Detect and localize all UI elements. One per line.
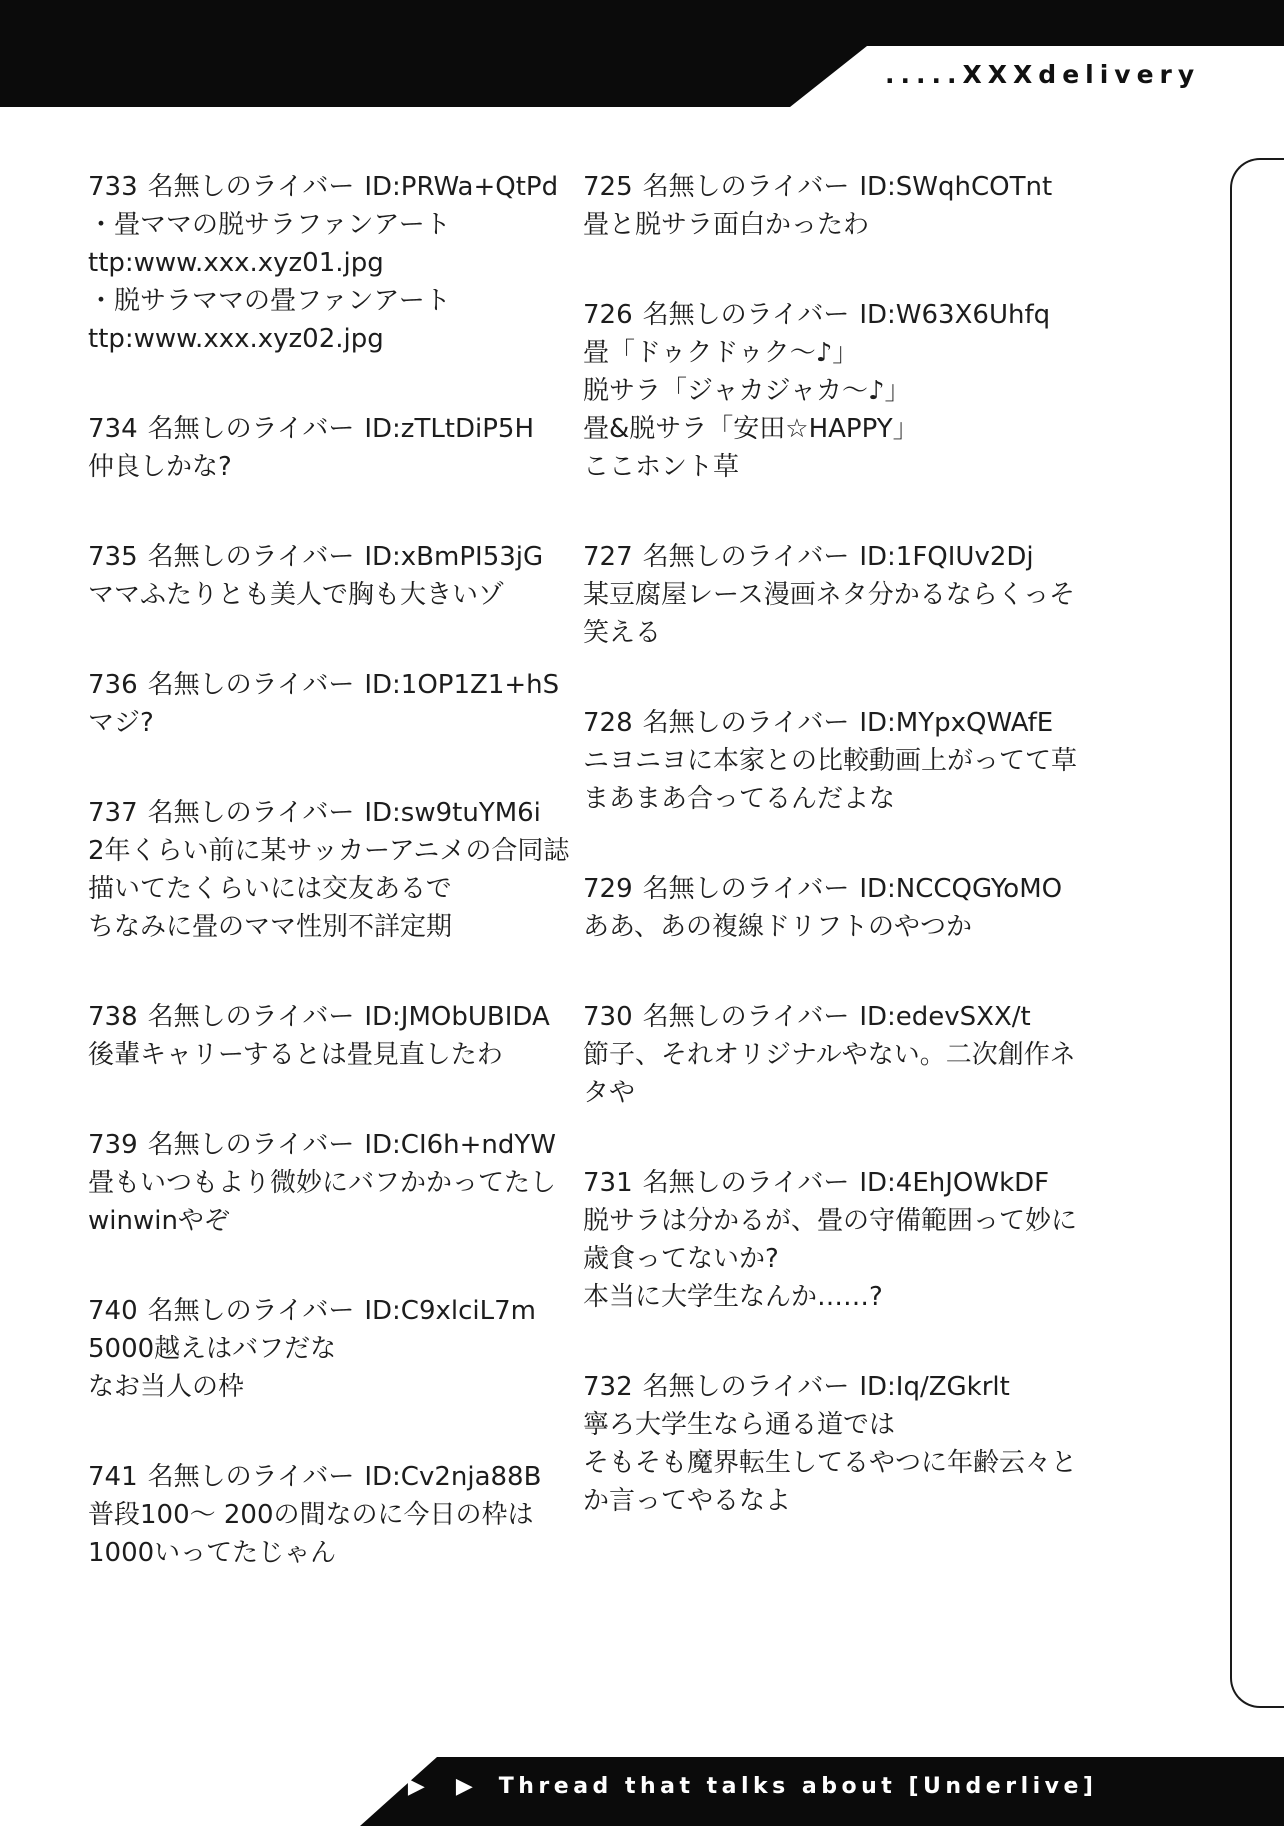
post: 727名無しのライバーID:1FQIUv2Dj 某豆腐屋レース漫画ネタ分かるなら… xyxy=(583,538,1233,652)
post-author: 名無しのライバー xyxy=(643,708,850,738)
post-body: 2年くらい前に某サッカーアニメの合同誌描いてたくらいには交友あるでちなみに畳のマ… xyxy=(88,832,568,946)
post-body: ああ、あの複線ドリフトのやつか xyxy=(583,908,1233,946)
post: 737名無しのライバーID:sw9tuYM6i 2年くらい前に某サッカーアニメの… xyxy=(88,794,568,946)
post-number: 735 xyxy=(88,542,138,572)
footer-label: Thread that talks about [Underlive] xyxy=(499,1774,1098,1799)
post-id: ID:sw9tuYM6i xyxy=(364,798,541,828)
post-id: ID:C9xlciL7m xyxy=(364,1296,536,1326)
post-line: 2年くらい前に某サッカーアニメの合同誌 xyxy=(88,832,568,870)
post-id: ID:JMObUBIDA xyxy=(364,1002,549,1032)
post-id: ID:NCCQGYoMO xyxy=(859,874,1062,904)
content-frame-line xyxy=(1230,158,1284,1708)
post-header: 738名無しのライバーID:JMObUBIDA xyxy=(88,998,568,1036)
post: 728名無しのライバーID:MYpxQWAfE ニヨニヨに本家との比較動画上がっ… xyxy=(583,704,1233,818)
post-line: 畳と脱サラ面白かったわ xyxy=(583,206,1233,244)
post-body: 畳もいつもより微妙にバフかかってたしwinwinやぞ xyxy=(88,1164,568,1240)
post: 729名無しのライバーID:NCCQGYoMO ああ、あの複線ドリフトのやつか xyxy=(583,870,1233,946)
post-number: 732 xyxy=(583,1372,633,1402)
post-header: 739名無しのライバーID:CI6h+ndYW xyxy=(88,1126,568,1164)
post-body: ・畳ママの脱サラファンアートttp:www.xxx.xyz01.jpg・脱サラマ… xyxy=(88,206,568,358)
post-line: 普段100〜 200の間なのに今日の枠は xyxy=(88,1496,568,1534)
post-line: 後輩キャリーするとは畳見直したわ xyxy=(88,1036,568,1074)
post: 735名無しのライバーID:xBmPI53jG ママふたりとも美人で胸も大きいゾ xyxy=(88,538,568,614)
post-number: 727 xyxy=(583,542,633,572)
post-line: 畳「ドゥクドゥク〜♪」 xyxy=(583,334,1233,372)
post-body: 脱サラは分かるが、畳の守備範囲って妙に歳食ってないか?本当に大学生なんか……? xyxy=(583,1202,1233,1316)
post-line: ttp:www.xxx.xyz01.jpg xyxy=(88,244,568,282)
post-line: 1000いってたじゃん xyxy=(88,1534,568,1572)
post-line: 某豆腐屋レース漫画ネタ分かるならくっそ xyxy=(583,576,1233,614)
post-line: 描いてたくらいには交友あるで xyxy=(88,870,568,908)
post: 725名無しのライバーID:SWqhCOTnt 畳と脱サラ面白かったわ xyxy=(583,168,1233,244)
post-id: ID:Cv2nja88B xyxy=(364,1462,541,1492)
post-id: ID:xBmPI53jG xyxy=(364,542,543,572)
post-line: そもそも魔界転生してるやつに年齢云々と xyxy=(583,1444,1233,1482)
post-line: ttp:www.xxx.xyz02.jpg xyxy=(88,320,568,358)
post-line: なお当人の枠 xyxy=(88,1368,568,1406)
post: 733名無しのライバーID:PRWa+QtPd ・畳ママの脱サラファンアートtt… xyxy=(88,168,568,358)
post-id: ID:4EhJOWkDF xyxy=(859,1168,1049,1198)
post-line: ああ、あの複線ドリフトのやつか xyxy=(583,908,1233,946)
post-line: ・畳ママの脱サラファンアート xyxy=(88,206,568,244)
post-line: 仲良しかな? xyxy=(88,448,568,486)
post-header: 732名無しのライバーID:Iq/ZGkrlt xyxy=(583,1368,1233,1406)
post-body: 普段100〜 200の間なのに今日の枠は1000いってたじゃん xyxy=(88,1496,568,1572)
post-body: 節子、それオリジナルやない。二次創作ネタや xyxy=(583,1036,1233,1112)
post-line: 畳&脱サラ「安田☆HAPPY」 xyxy=(583,410,1233,448)
thread-column-left: 733名無しのライバーID:PRWa+QtPd ・畳ママの脱サラファンアートtt… xyxy=(88,168,568,1624)
post-author: 名無しのライバー xyxy=(148,1462,355,1492)
post-header: 731名無しのライバーID:4EhJOWkDF xyxy=(583,1164,1233,1202)
post: 740名無しのライバーID:C9xlciL7m 5000越えはバフだななお当人の… xyxy=(88,1292,568,1406)
post-line: ニヨニヨに本家との比較動画上がってて草 xyxy=(583,742,1233,780)
post-body: 畳と脱サラ面白かったわ xyxy=(583,206,1233,244)
post-author: 名無しのライバー xyxy=(148,414,355,444)
post-id: ID:CI6h+ndYW xyxy=(364,1130,556,1160)
post-line: ここホント草 xyxy=(583,448,1233,486)
post-number: 741 xyxy=(88,1462,138,1492)
post: 731名無しのライバーID:4EhJOWkDF 脱サラは分かるが、畳の守備範囲っ… xyxy=(583,1164,1233,1316)
post-author: 名無しのライバー xyxy=(148,172,355,202)
post-line: 5000越えはバフだな xyxy=(88,1330,568,1368)
play-arrows-icon: ▶ ▶ ▶ xyxy=(360,1774,485,1799)
post-id: ID:SWqhCOTnt xyxy=(859,172,1052,202)
post-body: 仲良しかな? xyxy=(88,448,568,486)
post-line: 寧ろ大学生なら通る道では xyxy=(583,1406,1233,1444)
post-number: 726 xyxy=(583,300,633,330)
post: 730名無しのライバーID:edevSXX/t 節子、それオリジナルやない。二次… xyxy=(583,998,1233,1112)
post-number: 734 xyxy=(88,414,138,444)
post-body: 某豆腐屋レース漫画ネタ分かるならくっそ笑える xyxy=(583,576,1233,652)
post-header: 740名無しのライバーID:C9xlciL7m xyxy=(88,1292,568,1330)
post-header: 733名無しのライバーID:PRWa+QtPd xyxy=(88,168,568,206)
post-header: 735名無しのライバーID:xBmPI53jG xyxy=(88,538,568,576)
post-id: ID:1FQIUv2Dj xyxy=(859,542,1033,572)
post-header: 730名無しのライバーID:edevSXX/t xyxy=(583,998,1233,1036)
post-header: 727名無しのライバーID:1FQIUv2Dj xyxy=(583,538,1233,576)
post-body: 畳「ドゥクドゥク〜♪」脱サラ「ジャカジャカ〜♪」畳&脱サラ「安田☆HAPPY」こ… xyxy=(583,334,1233,486)
post-header: 725名無しのライバーID:SWqhCOTnt xyxy=(583,168,1233,206)
brand-text: .....XXXdelivery xyxy=(885,60,1200,89)
post-author: 名無しのライバー xyxy=(643,1168,850,1198)
post-line: ママふたりとも美人で胸も大きいゾ xyxy=(88,576,568,614)
post-author: 名無しのライバー xyxy=(148,1002,355,1032)
post-author: 名無しのライバー xyxy=(148,1130,355,1160)
post-author: 名無しのライバー xyxy=(643,172,850,202)
post-id: ID:W63X6Uhfq xyxy=(859,300,1050,330)
post-number: 730 xyxy=(583,1002,633,1032)
post-author: 名無しのライバー xyxy=(148,798,355,828)
post-line: マジ? xyxy=(88,704,568,742)
post-number: 728 xyxy=(583,708,633,738)
post-header: 736名無しのライバーID:1OP1Z1+hS xyxy=(88,666,568,704)
post-id: ID:PRWa+QtPd xyxy=(364,172,558,202)
thread-column-right: 725名無しのライバーID:SWqhCOTnt 畳と脱サラ面白かったわ 726名… xyxy=(583,168,1233,1572)
post-header: 734名無しのライバーID:zTLtDiP5H xyxy=(88,410,568,448)
post-id: ID:edevSXX/t xyxy=(859,1002,1030,1032)
post-header: 728名無しのライバーID:MYpxQWAfE xyxy=(583,704,1233,742)
post-number: 729 xyxy=(583,874,633,904)
post-author: 名無しのライバー xyxy=(643,542,850,572)
post-line: 笑える xyxy=(583,614,1233,652)
post-line: まあまあ合ってるんだよな xyxy=(583,780,1233,818)
post-body: マジ? xyxy=(88,704,568,742)
post-line: 節子、それオリジナルやない。二次創作ネ xyxy=(583,1036,1233,1074)
post-author: 名無しのライバー xyxy=(643,874,850,904)
post-id: ID:MYpxQWAfE xyxy=(859,708,1053,738)
post-line: 脱サラは分かるが、畳の守備範囲って妙に xyxy=(583,1202,1233,1240)
post-line: ちなみに畳のママ性別不詳定期 xyxy=(88,908,568,946)
post-header: 729名無しのライバーID:NCCQGYoMO xyxy=(583,870,1233,908)
post-number: 737 xyxy=(88,798,138,828)
post: 732名無しのライバーID:Iq/ZGkrlt 寧ろ大学生なら通る道ではそもそも… xyxy=(583,1368,1233,1520)
post: 741名無しのライバーID:Cv2nja88B 普段100〜 200の間なのに今… xyxy=(88,1458,568,1572)
post-line: 歳食ってないか? xyxy=(583,1240,1233,1278)
post-id: ID:zTLtDiP5H xyxy=(364,414,534,444)
post-number: 738 xyxy=(88,1002,138,1032)
post-line: タや xyxy=(583,1074,1233,1112)
post-line: 畳もいつもより微妙にバフかかってたし xyxy=(88,1164,568,1202)
post-line: か言ってやるなよ xyxy=(583,1482,1233,1520)
post-author: 名無しのライバー xyxy=(643,300,850,330)
post: 726名無しのライバーID:W63X6Uhfq 畳「ドゥクドゥク〜♪」脱サラ「ジ… xyxy=(583,296,1233,486)
post-author: 名無しのライバー xyxy=(643,1002,850,1032)
post-id: ID:Iq/ZGkrlt xyxy=(859,1372,1010,1402)
post-number: 736 xyxy=(88,670,138,700)
post-line: winwinやぞ xyxy=(88,1202,568,1240)
post-header: 737名無しのライバーID:sw9tuYM6i xyxy=(88,794,568,832)
post-number: 739 xyxy=(88,1130,138,1160)
post-body: 寧ろ大学生なら通る道ではそもそも魔界転生してるやつに年齢云々とか言ってやるなよ xyxy=(583,1406,1233,1520)
post-body: 後輩キャリーするとは畳見直したわ xyxy=(88,1036,568,1074)
post-line: 本当に大学生なんか……? xyxy=(583,1278,1233,1316)
post-author: 名無しのライバー xyxy=(148,670,355,700)
post: 739名無しのライバーID:CI6h+ndYW 畳もいつもより微妙にバフかかって… xyxy=(88,1126,568,1240)
post: 736名無しのライバーID:1OP1Z1+hS マジ? xyxy=(88,666,568,742)
post-header: 726名無しのライバーID:W63X6Uhfq xyxy=(583,296,1233,334)
post-line: 脱サラ「ジャカジャカ〜♪」 xyxy=(583,372,1233,410)
post-body: ニヨニヨに本家との比較動画上がってて草まあまあ合ってるんだよな xyxy=(583,742,1233,818)
footer-content: ▶ ▶ ▶ Thread that talks about [Underlive… xyxy=(360,1774,1097,1799)
post-header: 741名無しのライバーID:Cv2nja88B xyxy=(88,1458,568,1496)
post-number: 731 xyxy=(583,1168,633,1198)
header-banner xyxy=(0,0,1284,107)
post-body: 5000越えはバフだななお当人の枠 xyxy=(88,1330,568,1406)
page: .....XXXdelivery 733名無しのライバーID:PRWa+QtPd… xyxy=(0,0,1284,1826)
post-number: 725 xyxy=(583,172,633,202)
post-number: 733 xyxy=(88,172,138,202)
post-body: ママふたりとも美人で胸も大きいゾ xyxy=(88,576,568,614)
post-author: 名無しのライバー xyxy=(643,1372,850,1402)
post-id: ID:1OP1Z1+hS xyxy=(364,670,559,700)
post-number: 740 xyxy=(88,1296,138,1326)
post: 738名無しのライバーID:JMObUBIDA 後輩キャリーするとは畳見直したわ xyxy=(88,998,568,1074)
post: 734名無しのライバーID:zTLtDiP5H 仲良しかな? xyxy=(88,410,568,486)
post-line: ・脱サラママの畳ファンアート xyxy=(88,282,568,320)
post-author: 名無しのライバー xyxy=(148,542,355,572)
post-author: 名無しのライバー xyxy=(148,1296,355,1326)
